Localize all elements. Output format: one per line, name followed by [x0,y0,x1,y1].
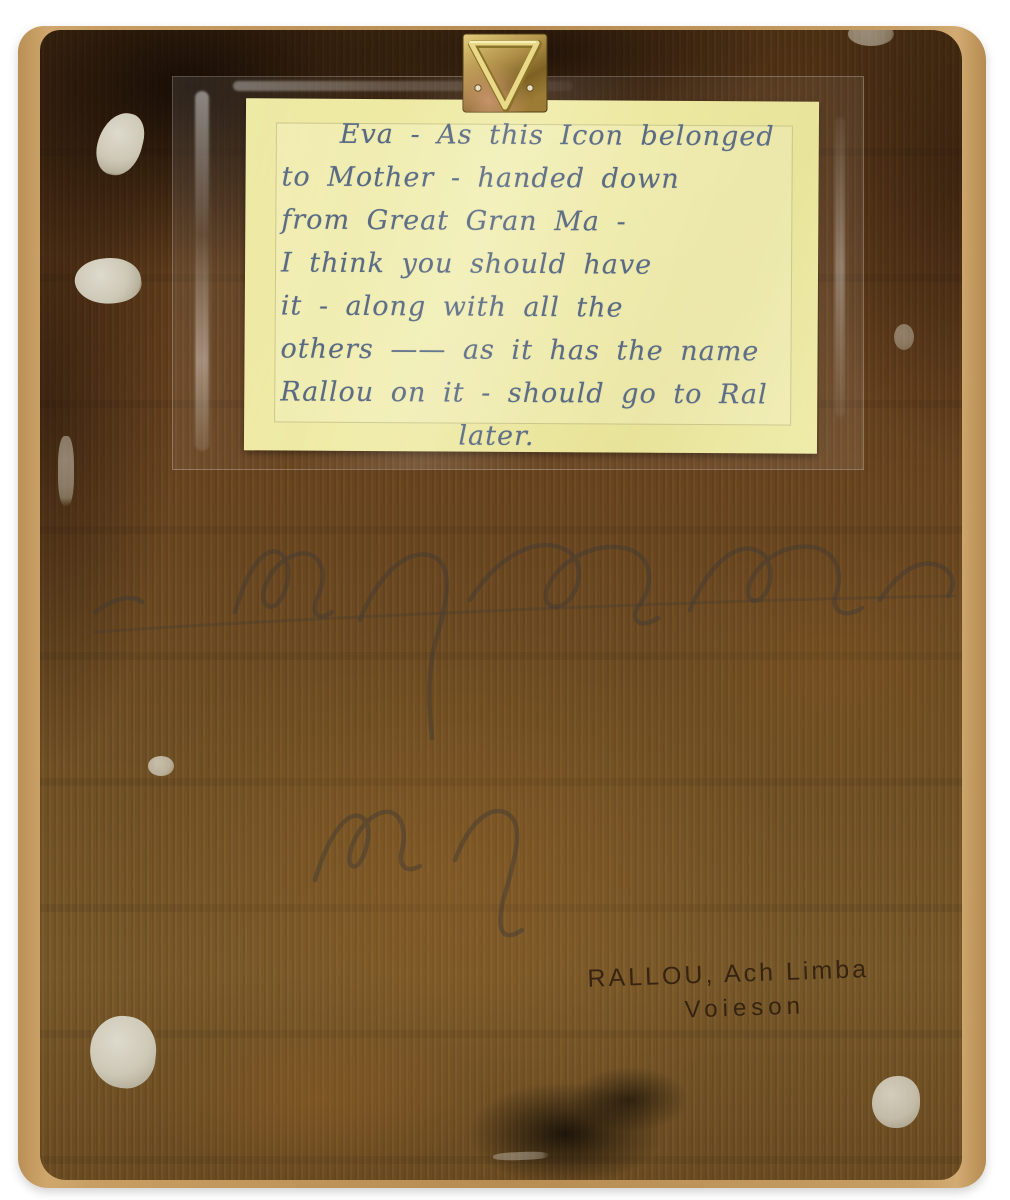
hanger-screw-icon [527,85,533,91]
note-text: Eva - As this Icon belonged to Mother - … [280,112,805,459]
hanger-screw-icon [475,85,481,91]
note-line: I think you should have [281,241,804,287]
handwritten-note: Eva - As this Icon belonged to Mother - … [244,98,819,453]
photo-background: RALLOU, Ach Limba Voieson Eva - As this … [0,0,1010,1200]
note-line: to Mother - handed down [281,155,804,201]
note-line: others —— as it has the name [280,327,803,373]
note-line: later. [280,413,803,459]
note-line: Rallou on it - should go to Ral [280,370,803,416]
note-line: from Great Gran Ma - [281,198,804,244]
brass-hanger-icon [445,18,570,123]
note-line: it - along with all the [281,284,804,330]
ink-inscription: RALLOU, Ach Limba Voieson [587,955,871,1028]
